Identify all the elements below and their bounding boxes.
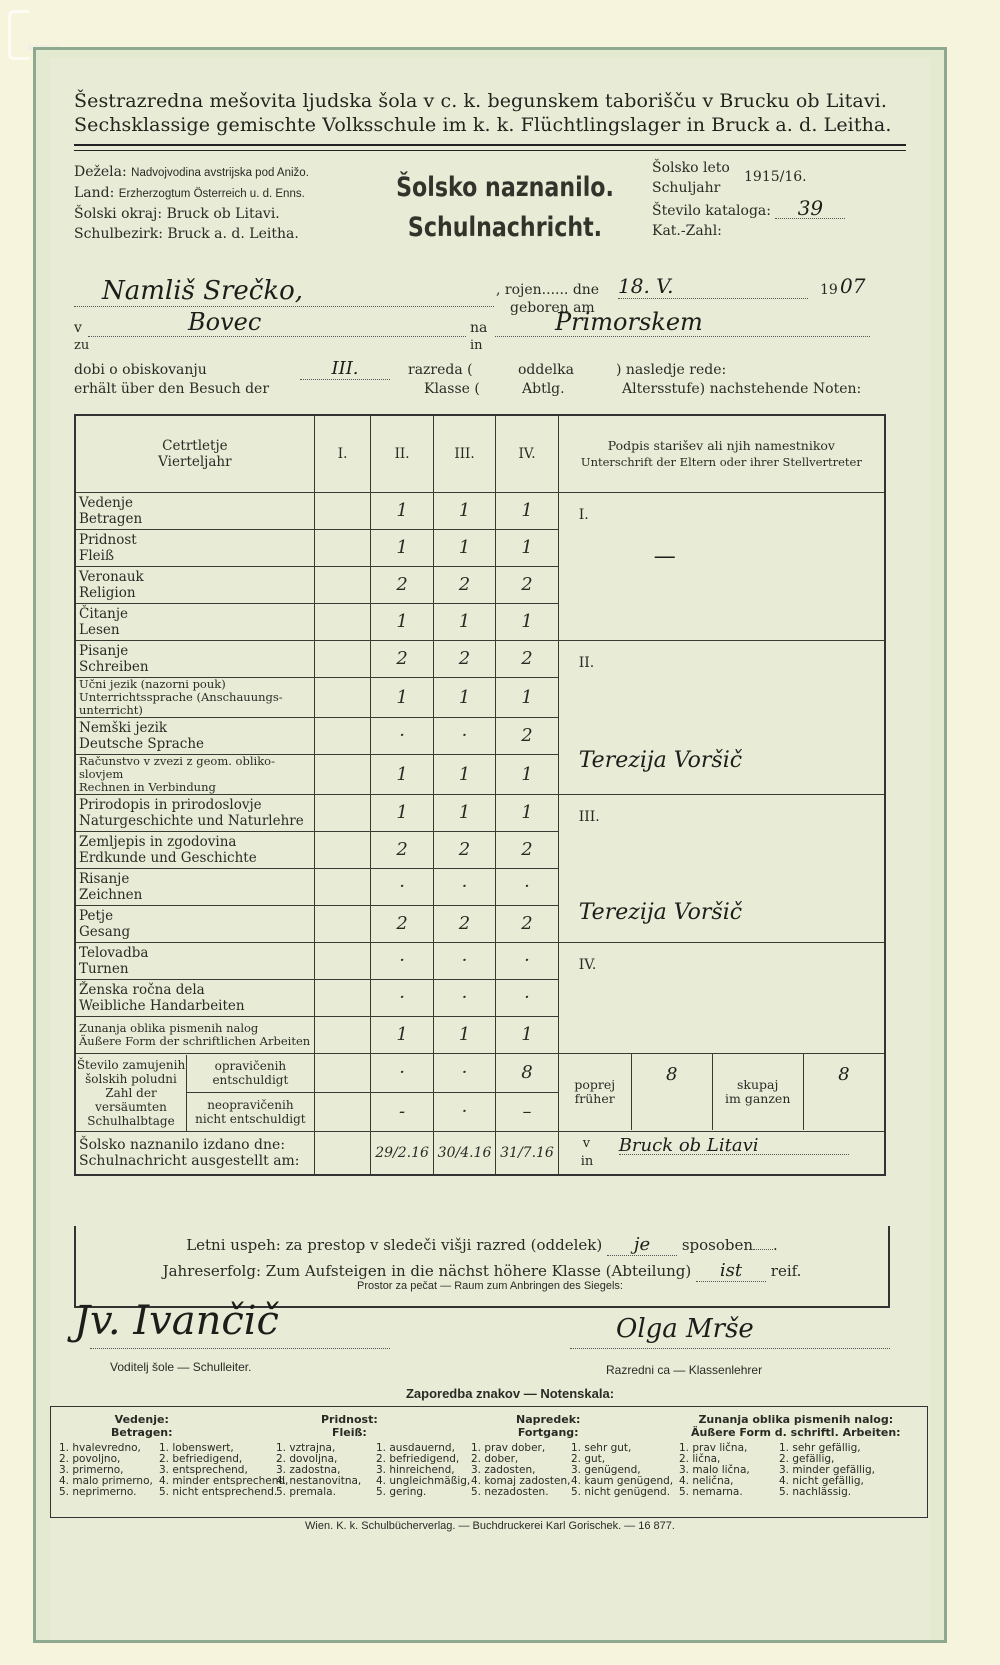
in-label: in xyxy=(470,338,483,353)
header-school-year: Šolsko leto Schuljahr 1915/16. Število k… xyxy=(652,158,845,241)
absences-label: Število zamujenih šolskih poludniZahl de… xyxy=(75,1054,314,1132)
grade-q1 xyxy=(314,795,371,832)
parent-signature-text: Tereziја Voršič xyxy=(579,905,742,921)
report-card-sheet: Šestrazredna mešovita ljudska šola v c. … xyxy=(33,47,947,1643)
unexcused-q4: – xyxy=(496,1093,558,1132)
subject-name: RisanjeZeichnen xyxy=(75,869,314,906)
dezela-label: Dežela: xyxy=(74,164,127,180)
abtlg-label: Abtlg. xyxy=(522,381,565,397)
grade-q4: 1 xyxy=(496,493,558,530)
grade-q2: 2 xyxy=(371,567,433,604)
subject-name: ČitanjeLesen xyxy=(75,604,314,641)
excused-q3: · xyxy=(433,1054,495,1093)
name-line: Namliš Srečko, xyxy=(74,276,494,307)
subject-row: TelovadbaTurnen···IV. xyxy=(75,943,885,980)
grade-q2: 2 xyxy=(371,832,433,869)
birth-year-prefix: 19 xyxy=(820,282,838,298)
subject-row: PisanjeSchreiben222II.Tereziја Voršič xyxy=(75,641,885,678)
oddelka-label: oddelka xyxy=(518,362,574,378)
scale-slovene-list: 1. prav dober,2. dober,3. zadosten,4. ko… xyxy=(471,1443,570,1498)
grade-q3: · xyxy=(433,718,495,755)
grade-q4: 1 xyxy=(496,604,558,641)
subject-name: Zemljepis in zgodovinaErdkunde und Gesch… xyxy=(75,832,314,869)
title-slovene: Šolsko naznanilo. xyxy=(386,168,624,208)
grade-q4: 1 xyxy=(496,795,558,832)
land-label: Land: xyxy=(74,185,114,201)
dezela-value: Nadvojvodina avstrijska pod Anižo. xyxy=(131,167,309,179)
grade-q2: 1 xyxy=(371,1017,433,1054)
bezirk-value: Bruck a. d. Leitha. xyxy=(167,226,298,242)
issued-place-value: Bruck ob Litavi xyxy=(619,1138,849,1155)
subject-name: Zunanja oblika pismenih nalogÄußere Form… xyxy=(75,1017,314,1054)
signature-dash: — xyxy=(654,549,676,565)
grade-q4: 2 xyxy=(496,567,558,604)
grade-q3: 1 xyxy=(433,604,495,641)
grade-q2: 1 xyxy=(371,604,433,641)
head-teacher-caption: Voditelj šole — Schulleiter. xyxy=(110,1360,251,1374)
okraj-label: Šolski okraj: xyxy=(74,206,162,222)
grade-q1 xyxy=(314,567,371,604)
scale-german-list: 1. sehr gefällig,2. gefällig,3. minder g… xyxy=(779,1443,875,1498)
grade-q4: 2 xyxy=(496,906,558,943)
success-value-slovene: je xyxy=(607,1234,677,1256)
katzahl-label: Kat.-Zahl: xyxy=(652,221,845,241)
grade-q4: 2 xyxy=(496,718,558,755)
grade-q3: · xyxy=(433,943,495,980)
subject-name: PridnostFleiß xyxy=(75,530,314,567)
subject-name: VeronaukReligion xyxy=(75,567,314,604)
subject-name: TelovadbaTurnen xyxy=(75,943,314,980)
parent-signature-q3: III.Tereziја Voršič xyxy=(558,795,885,943)
report-card-content: Šestrazredna mešovita ljudska šola v c. … xyxy=(50,58,930,1640)
na-label: na xyxy=(470,320,487,336)
grade-q1 xyxy=(314,755,371,795)
subject-name: Učni jezik (nazorni pouk)Unterrichtsspra… xyxy=(75,678,314,718)
grade-q2: · xyxy=(371,869,433,906)
excused-q2: · xyxy=(371,1054,433,1093)
printer-footer: Wien. K. k. Schulbücherverlag. — Buchdru… xyxy=(50,1520,930,1532)
grade-q2: · xyxy=(371,980,433,1017)
scale-german-list: 1. sehr gut,2. gut,3. genügend,4. kaum g… xyxy=(571,1443,673,1498)
rede-label: ) nasledje rede: xyxy=(616,362,726,378)
issued-place: vinBruck ob Litavi xyxy=(558,1132,885,1176)
place-line: Bovec xyxy=(88,308,466,337)
grade-q1 xyxy=(314,943,371,980)
unexcused-q3: · xyxy=(433,1093,495,1132)
class-teacher-caption: Razredni ca — Klassenlehrer xyxy=(606,1363,762,1377)
subject-row: VedenjeBetragen111I.— xyxy=(75,493,885,530)
grade-q3: 2 xyxy=(433,906,495,943)
grade-q3: 2 xyxy=(433,641,495,678)
scale-german-list: 1. lobenswert,2. befriedigend,3. entspre… xyxy=(159,1443,288,1498)
subject-name: PetjeGesang xyxy=(75,906,314,943)
school-name-slovene: Šestrazredna mešovita ljudska šola v c. … xyxy=(74,90,887,112)
grade-q2: · xyxy=(371,718,433,755)
class-value: III. xyxy=(300,358,390,380)
birth-region: Primorskem xyxy=(555,308,703,336)
katalog-value: 39 xyxy=(775,198,845,219)
dobi-label: dobi o obiskovanju xyxy=(74,362,207,378)
grade-q2: 2 xyxy=(371,641,433,678)
grade-q1 xyxy=(314,832,371,869)
grades-header-row: CetrtletjeVierteljahr I. II. III. IV. Po… xyxy=(75,415,885,493)
scale-slovene-list: 1. hvalevredno,2. povoljno,3. primerno,4… xyxy=(59,1443,153,1498)
grading-scale: Vedenje:Betragen:1. hvalevredno,2. povol… xyxy=(50,1406,928,1518)
rojen-label: , rojen...... dne xyxy=(496,282,599,298)
document-title: Šolsko naznanilo. Schulnachricht. xyxy=(386,168,624,248)
birth-place: Bovec xyxy=(188,308,261,336)
quarter-4-header: IV. xyxy=(496,415,558,493)
unexcused-q1 xyxy=(314,1093,371,1132)
issued-date-q2: 29/2.16 xyxy=(371,1132,433,1176)
head-teacher-signature: Jv. Ivančič xyxy=(74,1298,279,1344)
grade-q4: 1 xyxy=(496,1017,558,1054)
grade-q4: 1 xyxy=(496,530,558,567)
grade-q3: 2 xyxy=(433,567,495,604)
success-line-slovene: Letni uspeh: za prestop v sledeči višji … xyxy=(76,1234,888,1256)
grade-q2: 1 xyxy=(371,755,433,795)
quarter-column-header: CetrtletjeVierteljahr xyxy=(75,415,314,493)
success-value-german: ist xyxy=(696,1260,766,1282)
seal-space-label: Prostor za pečat — Raum zum Anbringen de… xyxy=(50,1280,930,1292)
erhalt-label: erhält über den Besuch der xyxy=(74,381,269,397)
grade-q1 xyxy=(314,530,371,567)
region-line: Primorskem xyxy=(495,308,870,337)
quarter-roman: II. xyxy=(579,655,595,671)
success-line-german: Jahreserfolg: Zum Aufsteigen in die näch… xyxy=(76,1260,888,1282)
subject-name: Prirodopis in prirodoslovjeNaturgeschich… xyxy=(75,795,314,832)
issued-date-row: Šolsko naznanilo izdano dne:Schulnachric… xyxy=(75,1132,885,1176)
absence-totals: poprejfrüher8skupajim ganzen8 xyxy=(558,1054,885,1132)
parent-signature-q2: II.Tereziја Voršič xyxy=(558,641,885,795)
grade-q3: 1 xyxy=(433,678,495,718)
quarter-roman: III. xyxy=(579,809,600,825)
grade-q1 xyxy=(314,604,371,641)
grade-q3: 1 xyxy=(433,493,495,530)
quarter-1-header: I. xyxy=(314,415,371,493)
class-teacher-signature: Olga Mrše xyxy=(616,1314,754,1344)
scale-group-header: Zunanja oblika pismenih nalog:Äußere For… xyxy=(691,1413,901,1439)
title-german: Schulnachricht. xyxy=(386,208,624,248)
subject-name: PisanjeSchreiben xyxy=(75,641,314,678)
quarter-2-header: II. xyxy=(371,415,433,493)
subject-row: Prirodopis in prirodoslovjeNaturgeschich… xyxy=(75,795,885,832)
grades-table: CetrtletjeVierteljahr I. II. III. IV. Po… xyxy=(74,414,886,1176)
grade-q2: · xyxy=(371,943,433,980)
quarter-3-header: III. xyxy=(433,415,495,493)
heading-rule xyxy=(74,144,906,151)
student-name: Namliš Srečko, xyxy=(102,276,303,306)
scale-group-header: Vedenje:Betragen: xyxy=(111,1413,173,1439)
grade-q3: 2 xyxy=(433,832,495,869)
grade-q4: 2 xyxy=(496,641,558,678)
grade-q3: 1 xyxy=(433,530,495,567)
grade-q2: 1 xyxy=(371,795,433,832)
total-absences: 8 xyxy=(803,1054,884,1130)
grade-q4: · xyxy=(496,869,558,906)
grade-q1 xyxy=(314,678,371,718)
grade-q1 xyxy=(314,641,371,678)
subject-name: VedenjeBetragen xyxy=(75,493,314,530)
issued-date-q3: 30/4.16 xyxy=(433,1132,495,1176)
grade-q1 xyxy=(314,906,371,943)
grade-q3: 1 xyxy=(433,755,495,795)
scale-group-header: Pridnost:Fleiß: xyxy=(321,1413,378,1439)
school-name-german: Sechsklassige gemischte Volksschule im k… xyxy=(74,114,891,136)
scale-slovene-list: 1. prav lična,2. lična,3. malo lična,4. … xyxy=(679,1443,750,1498)
grade-q3: · xyxy=(433,980,495,1017)
katalog-label: Število kataloga: xyxy=(652,203,771,219)
school-year-value: 1915/16. xyxy=(744,167,807,187)
head-sign-line xyxy=(90,1348,390,1349)
okraj-value: Bruck ob Litavi. xyxy=(167,206,280,222)
grade-q1 xyxy=(314,869,371,906)
klasse-label: Klasse ( xyxy=(424,381,480,397)
grade-q2: 2 xyxy=(371,906,433,943)
scale-slovene-list: 1. vztrajna,2. dovoljna,3. zadostna,4. n… xyxy=(276,1443,361,1498)
unexcused-q2: - xyxy=(371,1093,433,1132)
land-value: Erzherzogtum Österreich u. d. Enns. xyxy=(119,188,305,200)
subject-name: Ženska ročna delaWeibliche Handarbeiten xyxy=(75,980,314,1017)
quarter-roman: IV. xyxy=(579,957,597,973)
parent-signature-q1: I.— xyxy=(558,493,885,641)
grade-q2: 1 xyxy=(371,678,433,718)
previous-absences: 8 xyxy=(631,1054,713,1130)
grade-q4: 1 xyxy=(496,678,558,718)
grade-q4: · xyxy=(496,980,558,1017)
grade-q3: 1 xyxy=(433,1017,495,1054)
zu-label: zu xyxy=(74,338,89,353)
subject-name: Nemški jezikDeutsche Sprache xyxy=(75,718,314,755)
issued-date-q4: 31/7.16 xyxy=(496,1132,558,1176)
quarter-roman: I. xyxy=(579,507,589,523)
issued-date-q1 xyxy=(314,1132,371,1176)
scale-group-header: Napredek:Fortgang: xyxy=(516,1413,580,1439)
grade-q1 xyxy=(314,718,371,755)
grading-scale-title: Zaporedba znakov — Notenskala: xyxy=(50,1386,930,1401)
grade-q4: · xyxy=(496,943,558,980)
birth-year-suffix: 07 xyxy=(840,274,865,298)
grade-q2: 1 xyxy=(371,493,433,530)
absences-excused-row: Število zamujenih šolskih poludniZahl de… xyxy=(75,1054,885,1093)
grade-q3: 1 xyxy=(433,795,495,832)
parent-signature-q4: IV. xyxy=(558,943,885,1054)
grade-q4: 2 xyxy=(496,832,558,869)
razreda-label: razreda ( xyxy=(408,362,473,378)
issued-label: Šolsko naznanilo izdano dne:Schulnachric… xyxy=(75,1132,314,1176)
grade-q4: 1 xyxy=(496,755,558,795)
grade-q2: 1 xyxy=(371,530,433,567)
teacher-sign-line xyxy=(570,1348,890,1349)
parent-signature-text: Tereziја Voršič xyxy=(579,753,742,769)
grade-q1 xyxy=(314,1017,371,1054)
noten-label: Altersstufe) nachstehende Noten: xyxy=(622,381,861,397)
signature-column-header: Podpis starišev ali njih namestnikovUnte… xyxy=(558,415,885,493)
excused-q4: 8 xyxy=(496,1054,558,1093)
grade-q3: · xyxy=(433,869,495,906)
bezirk-label: Schulbezirk: xyxy=(74,226,163,242)
scale-german-list: 1. ausdauernd,2. befriedigend,3. hinreic… xyxy=(376,1443,470,1498)
header-region-info: Dežela: Nadvojvodina avstrijska pod Aniž… xyxy=(74,162,309,244)
excused-q1 xyxy=(314,1054,371,1093)
grade-q1 xyxy=(314,493,371,530)
grade-q1 xyxy=(314,980,371,1017)
v-label: v xyxy=(74,320,82,336)
annual-success-box: Letni uspeh: za prestop v sledeči višji … xyxy=(74,1226,890,1308)
subject-name: Računstvo v zvezi z geom. obliko-slovjem… xyxy=(75,755,314,795)
birth-day: 18. V. xyxy=(618,274,808,299)
